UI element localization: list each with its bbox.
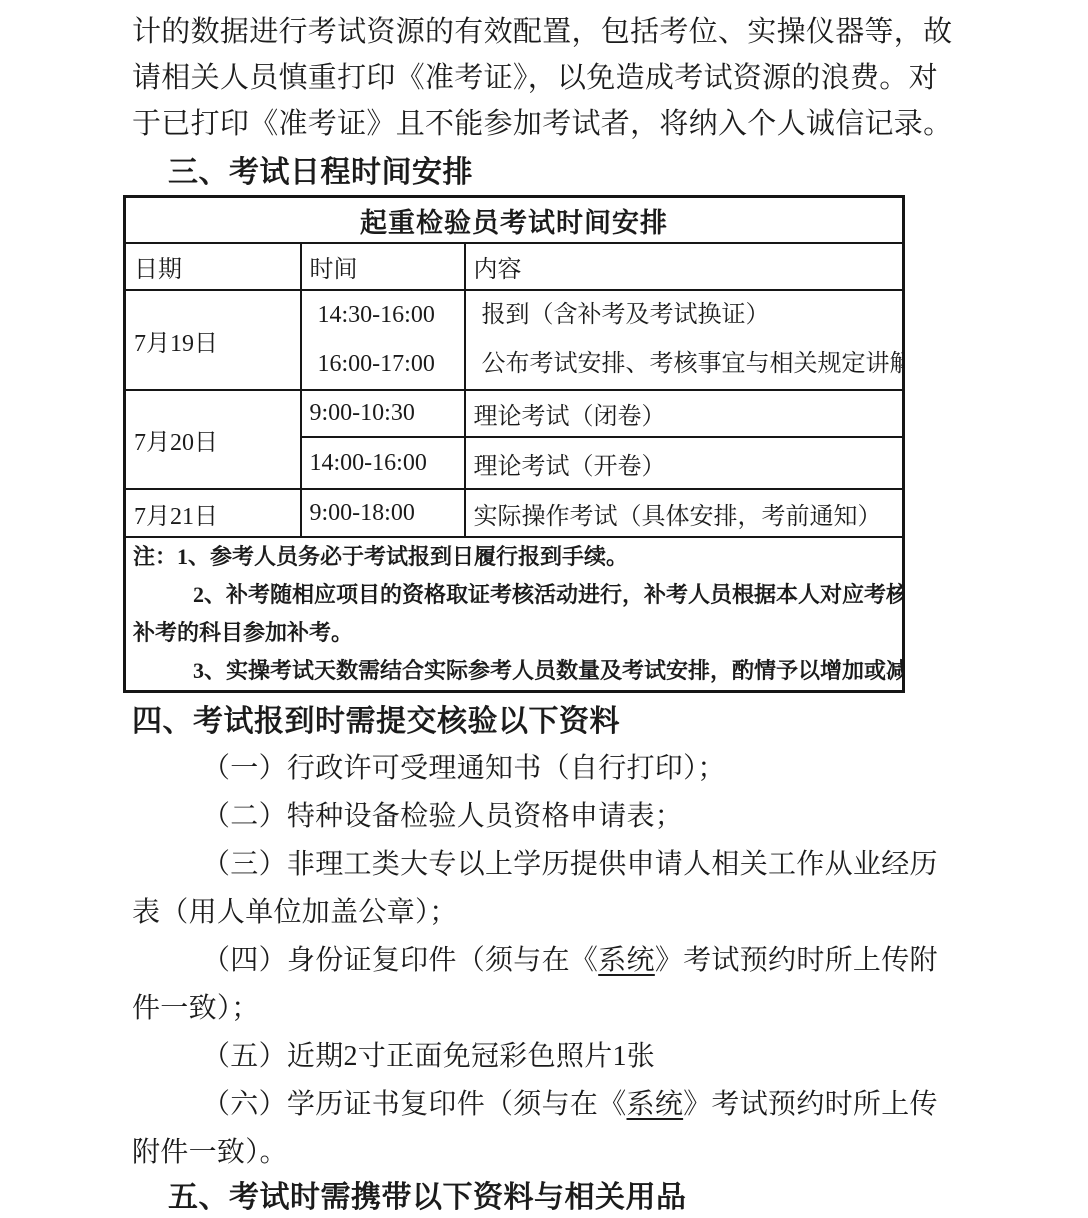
table-row-july21: 7月21日 9:00-18:00 实际操作考试（具体安排，考前通知） xyxy=(125,489,904,537)
note-line-3: 补考的科目参加补考。 xyxy=(126,614,902,652)
document-page: { "intro": { "lines": [ "计的数据进行考试资源的有效配置… xyxy=(0,0,1088,1218)
exam-schedule-table: 起重检验员考试时间安排 日期 时间 内容 7月19日 14:30-16:00 1… xyxy=(123,195,905,693)
table-title: 起重检验员考试时间安排 xyxy=(125,197,904,244)
time-cell: 14:30-16:00 16:00-17:00 xyxy=(301,290,465,390)
note-line-2: 2、补考随相应项目的资格取证考核活动进行，补考人员根据本人对应考核项目需 xyxy=(126,576,902,614)
section-heading-checkin-materials: 四、考试报到时需提交核验以下资料 xyxy=(132,702,956,742)
date-cell: 7月20日 xyxy=(125,390,301,489)
intro-line-2: 请相关人员慎重打印《准考证》，以免造成考试资源的浪费。对 xyxy=(132,55,956,101)
underlined-system-ref: 系统 xyxy=(598,945,655,976)
table-row-july19: 7月19日 14:30-16:00 16:00-17:00 报到（含补考及考试换… xyxy=(125,290,904,390)
note-line-4: 3、实操考试天数需结合实际参考人员数量及考试安排，酌情予以增加或减少。 xyxy=(126,652,902,690)
column-header-time: 时间 xyxy=(301,243,465,290)
section-heading-exam-items: 五、考试时需携带以下资料与相关用品 xyxy=(132,1178,956,1218)
time-cell: 9:00-10:30 xyxy=(301,390,465,437)
content-cell: 理论考试（开卷） xyxy=(465,437,904,489)
date-cell: 7月21日 xyxy=(125,489,301,537)
content-cell: 实际操作考试（具体安排，考前通知） xyxy=(465,489,904,537)
list-item-3-line1: （三）非理工类大专以上学历提供申请人相关工作从业经历 xyxy=(132,841,956,889)
list-item-1: （一）行政许可受理通知书（自行打印）； xyxy=(132,745,956,793)
page-content: 计的数据进行考试资源的有效配置，包括考位、实操仪器等，故 请相关人员慎重打印《准… xyxy=(0,0,1088,1218)
intro-paragraph: 计的数据进行考试资源的有效配置，包括考位、实操仪器等，故 请相关人员慎重打印《准… xyxy=(132,9,956,147)
time-cell: 9:00-18:00 xyxy=(301,489,465,537)
list-item-6-line2: 附件一致）。 xyxy=(132,1129,956,1177)
materials-list: （一）行政许可受理通知书（自行打印）； （二）特种设备检验人员资格申请表； （三… xyxy=(132,745,956,1177)
date-cell: 7月19日 xyxy=(125,290,301,390)
underlined-system-ref: 系统 xyxy=(627,1089,684,1120)
list-item-4-line2: 件一致）； xyxy=(132,985,956,1033)
list-item-5: （五）近期2寸正面免冠彩色照片1张 xyxy=(132,1033,956,1081)
column-header-content: 内容 xyxy=(465,243,904,290)
content-cell: 报到（含补考及考试换证） 公布考试安排、考核事宜与相关规定讲解 xyxy=(465,290,904,390)
content-cell: 理论考试（闭卷） xyxy=(465,390,904,437)
notes-cell: 注：1、参考人员务必于考试报到日履行报到手续。 2、补考随相应项目的资格取证考核… xyxy=(125,537,904,692)
list-item-4-line1: （四）身份证复印件（须与在《系统》考试预约时所上传附 xyxy=(132,937,956,985)
intro-line-1: 计的数据进行考试资源的有效配置，包括考位、实操仪器等，故 xyxy=(132,9,956,55)
table-row-july20-am: 7月20日 9:00-10:30 理论考试（闭卷） xyxy=(125,390,904,437)
list-item-3-line2: 表（用人单位加盖公章）； xyxy=(132,889,956,937)
list-item-2: （二）特种设备检验人员资格申请表； xyxy=(132,793,956,841)
column-header-date: 日期 xyxy=(125,243,301,290)
table-header-row: 日期 时间 内容 xyxy=(125,243,904,290)
time-cell: 14:00-16:00 xyxy=(301,437,465,489)
list-item-6-line1: （六）学历证书复印件（须与在《系统》考试预约时所上传 xyxy=(132,1081,956,1129)
intro-line-3: 于已打印《准考证》且不能参加考试者，将纳入个人诚信记录。 xyxy=(132,101,956,147)
table-notes-row: 注：1、参考人员务必于考试报到日履行报到手续。 2、补考随相应项目的资格取证考核… xyxy=(125,537,904,692)
table-title-row: 起重检验员考试时间安排 xyxy=(125,197,904,244)
section-heading-exam-schedule: 三、考试日程时间安排 xyxy=(132,153,956,193)
note-line-1: 注：1、参考人员务必于考试报到日履行报到手续。 xyxy=(126,538,902,576)
